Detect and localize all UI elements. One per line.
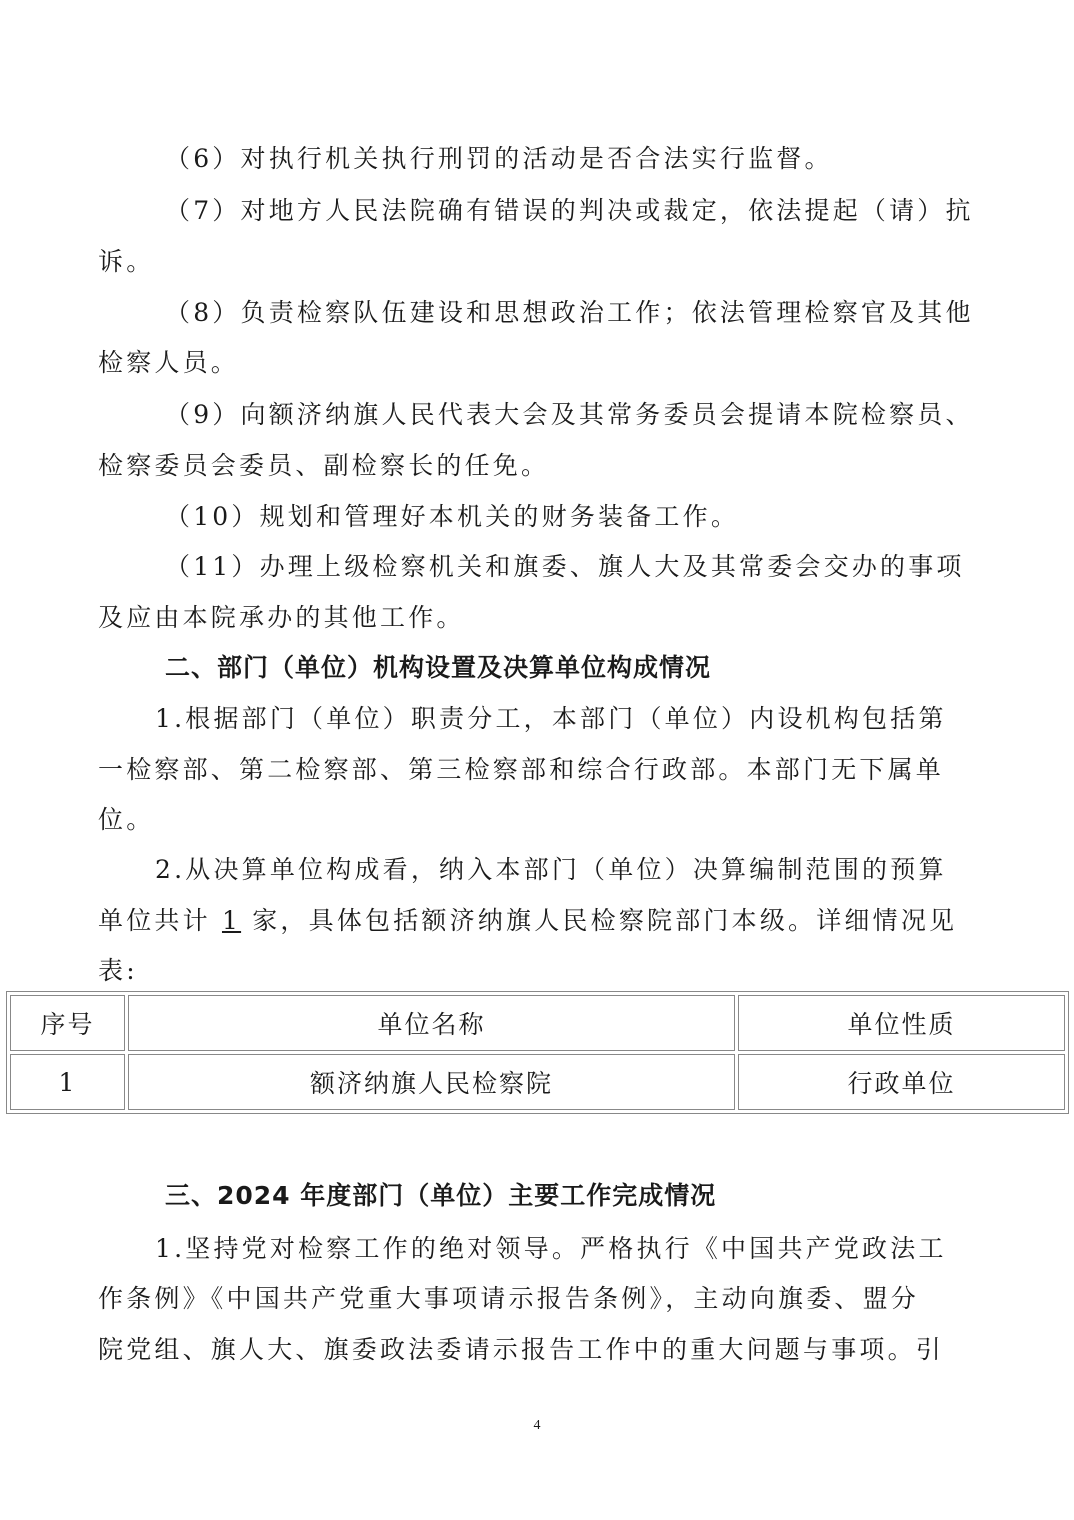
paragraph-item-9-line1: （9）向额济纳旗人民代表大会及其常务委员会提请本院检察员、 — [165, 398, 974, 432]
header-unit-type: 单位性质 — [738, 995, 1065, 1051]
paragraph-item-11-line2: 及应由本院承办的其他工作。 — [98, 601, 465, 635]
unit-count-prefix: 单位共计 — [98, 906, 211, 935]
paragraph-item-10: （10）规划和管理好本机关的财务装备工作。 — [165, 500, 739, 534]
paragraph-item-11-line1: （11）办理上级检察机关和旗委、旗人大及其常委会交办的事项 — [165, 550, 965, 584]
section2-item1-line3: 位。 — [98, 803, 154, 837]
paragraph-item-8-line2: 检察人员。 — [98, 346, 239, 380]
unit-count-value: 1 — [222, 906, 241, 935]
paragraph-item-6: （6）对执行机关执行刑罚的活动是否合法实行监督。 — [165, 142, 833, 176]
header-unit-name: 单位名称 — [128, 995, 735, 1051]
unit-count-suffix: 家，具体包括额济纳旗人民检察院部门本级。详细情况见 — [252, 906, 957, 935]
section2-item1-line2: 一检察部、第二检察部、第三检察部和综合行政部。本部门无下属单 — [98, 753, 944, 787]
cell-serial: 1 — [10, 1054, 125, 1110]
page-number: 4 — [0, 1418, 1074, 1434]
paragraph-item-8-line1: （8）负责检察队伍建设和思想政治工作；依法管理检察官及其他 — [165, 296, 974, 330]
section2-item2-line2: 单位共计 1 家，具体包括额济纳旗人民检察院部门本级。详细情况见 — [98, 904, 957, 938]
unit-table: 序号 单位名称 单位性质 1 额济纳旗人民检察院 行政单位 — [6, 991, 1069, 1114]
section-heading-3: 三、2024 年度部门（单位）主要工作完成情况 — [165, 1179, 716, 1213]
paragraph-item-7-line1: （7）对地方人民法院确有错误的判决或裁定，依法提起（请）抗 — [165, 194, 974, 228]
section3-item1-line2: 作条例》《中国共产党重大事项请示报告条例》，主动向旗委、盟分 — [98, 1282, 919, 1316]
paragraph-item-7-line2: 诉。 — [98, 245, 154, 279]
section2-item2-line1: 2.从决算单位构成看，纳入本部门（单位）决算编制范围的预算 — [155, 853, 947, 887]
section-heading-2: 二、部门（单位）机构设置及决算单位构成情况 — [165, 651, 711, 685]
table-header-row: 序号 单位名称 单位性质 — [10, 995, 1065, 1051]
section3-item1-line1: 1.坚持党对检察工作的绝对领导。严格执行《中国共产党政法工 — [155, 1232, 947, 1266]
section2-item1-line1: 1.根据部门（单位）职责分工，本部门（单位）内设机构包括第 — [155, 702, 947, 736]
header-serial: 序号 — [10, 995, 125, 1051]
table-row: 1 额济纳旗人民检察院 行政单位 — [10, 1054, 1065, 1110]
cell-unit-type: 行政单位 — [738, 1054, 1065, 1110]
cell-unit-name: 额济纳旗人民检察院 — [128, 1054, 735, 1110]
paragraph-item-9-line2: 检察委员会委员、副检察长的任免。 — [98, 449, 549, 483]
section3-item1-line3: 院党组、旗人大、旗委政法委请示报告工作中的重大问题与事项。引 — [98, 1333, 944, 1367]
section2-item2-line3: 表: — [98, 954, 138, 988]
